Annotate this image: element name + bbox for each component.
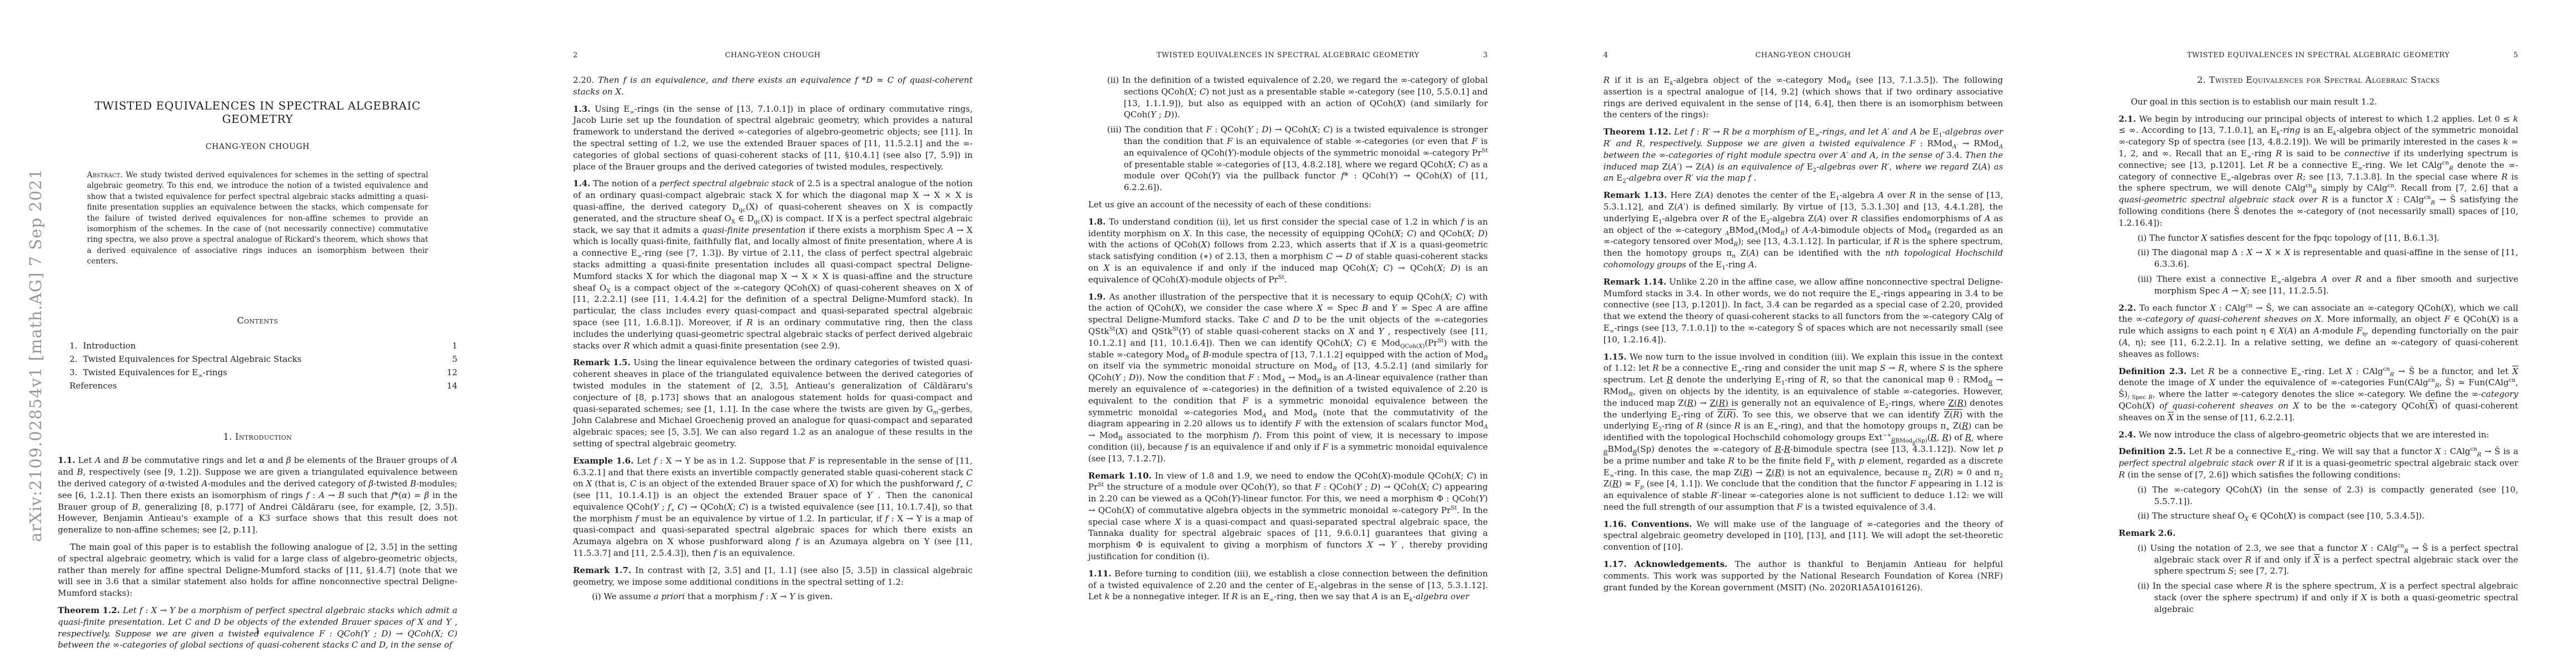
paragraph: 2.1. We begin by introducing our princip… <box>2119 113 2518 229</box>
paper-title: TWISTED EQUIVALENCES IN SPECTRAL ALGEBRA… <box>58 99 457 126</box>
paragraph: 1.8. To understand condition (ii), let u… <box>1088 216 1488 286</box>
running-head-title: TWISTED EQUIVALENCES IN SPECTRAL ALGEBRA… <box>2119 51 2518 59</box>
toc-number: 1. <box>69 339 77 352</box>
page-3: TWISTED EQUIVALENCES IN SPECTRAL ALGEBRA… <box>1030 0 1546 667</box>
section-heading: 1. Introduction <box>58 431 457 443</box>
page-5: TWISTED EQUIVALENCES IN SPECTRAL ALGEBRA… <box>2061 0 2576 667</box>
paragraph: 1.16. Conventions. We will make use of t… <box>1603 519 2003 553</box>
paragraph: 1.9. As another illustration of the pers… <box>1088 291 1488 465</box>
running-head: TWISTED EQUIVALENCES IN SPECTRAL ALGEBRA… <box>2119 51 2518 61</box>
page-body: 2. Twisted Equivalences for Spectral Alg… <box>2119 74 2518 615</box>
paragraph: Definition 2.5. Let R be a connective E∞… <box>2119 446 2518 480</box>
paragraph: 1.17. Acknowledgements. The author is th… <box>1603 559 2003 593</box>
toc-row-section-2: 2. Twisted Equivalences for Spectral Alg… <box>58 352 457 366</box>
toc-page-number: 12 <box>447 366 457 379</box>
paper-author: CHANG-YEON CHOUGH <box>58 142 457 151</box>
paragraph: 2.20. Then f is an equivalence, and ther… <box>573 74 973 98</box>
toc-number: 2. <box>69 352 77 366</box>
list-item: (iii) There exist a connective E∞-algebr… <box>2119 273 2518 297</box>
paragraph: Remark 1.10. In view of 1.8 and 1.9, we … <box>1088 470 1488 563</box>
page-1: arXiv:2109.02854v1 [math.AG] 7 Sep 2021 … <box>0 0 515 667</box>
running-head-page-number: 3 <box>1483 51 1488 59</box>
running-head: 4 CHANG-YEON CHOUGH <box>1603 51 2003 61</box>
running-head-page-number: 5 <box>2514 51 2518 59</box>
paper-contact-sheet: { "watermark": "arXiv:2109.02854v1 [math… <box>0 0 2576 667</box>
paragraph: Remark 1.7. In contrast with [2, 3.5] an… <box>573 565 973 588</box>
toc-row-references: References 14 <box>58 379 457 392</box>
paragraph: Our goal in this section is to establish… <box>2119 96 2518 108</box>
running-head: 2 CHANG-YEON CHOUGH <box>573 51 973 61</box>
paragraph: 1.11. Before turning to condition (iii),… <box>1088 568 1488 603</box>
list-item: (i) We assume a priori that a morphism f… <box>573 591 973 603</box>
paragraph: Theorem 1.12. Let f : R′ → R be a morphi… <box>1603 126 2003 184</box>
list-item: (ii) In the special case where R is the … <box>2119 580 2518 615</box>
paragraph: Let us give an account of the necessity … <box>1088 199 1488 211</box>
toc-label: Introduction <box>83 339 136 352</box>
paragraph: Remark 1.5. Using the linear equivalence… <box>573 357 973 449</box>
paper-abstract: Abstract. We study twisted derived equiv… <box>87 170 428 267</box>
list-item: (ii) In the definition of a twisted equi… <box>1088 74 1488 121</box>
paragraph: Remark 2.6. <box>2119 527 2518 539</box>
running-head-title: CHANG-YEON CHOUGH <box>1603 51 2003 59</box>
arxiv-watermark: arXiv:2109.02854v1 [math.AG] 7 Sep 2021 <box>26 122 45 589</box>
paragraph: 2.2. To each functor X : CAlgcn → Ŝ, we … <box>2119 302 2518 360</box>
list-item: (i) Using the notation of 2.3, we see th… <box>2119 542 2518 577</box>
page-4: 4 CHANG-YEON CHOUGH R if it is an Ek-alg… <box>1546 0 2061 667</box>
list-item: (ii) The structure sheaf OX ∈ QCoh(X) is… <box>2119 510 2518 522</box>
toc-label: Twisted Equivalences for E∞-rings <box>83 366 227 379</box>
running-head-title: TWISTED EQUIVALENCES IN SPECTRAL ALGEBRA… <box>1088 51 1488 59</box>
paragraph: Example 1.6. Let f : X → Y be as in 1.2.… <box>573 455 973 559</box>
list-item: (ii) The diagonal map Δ : X → X × X is r… <box>2119 247 2518 270</box>
toc-number: 3. <box>69 366 77 379</box>
toc-page-number: 1 <box>452 339 457 352</box>
paragraph: 1.1. Let A and B be commutative rings an… <box>58 455 457 536</box>
paragraph: Definition 2.3. Let R be a connective E∞… <box>2119 366 2518 424</box>
running-head: TWISTED EQUIVALENCES IN SPECTRAL ALGEBRA… <box>1088 51 1488 61</box>
paragraph: 1.3. Using E∞-rings (in the sense of [13… <box>573 103 973 173</box>
toc-row-introduction: 1. Introduction 1 <box>58 339 457 352</box>
toc-label: Twisted Equivalences for Spectral Algebr… <box>83 352 301 366</box>
list-item: (i) The functor X satisfies descent for … <box>2119 232 2518 244</box>
paragraph: R if it is an Ek-algebra object of the ∞… <box>1603 74 2003 121</box>
running-head-title: CHANG-YEON CHOUGH <box>573 51 973 59</box>
contents-heading: Contents <box>58 315 457 326</box>
page-body: R if it is an Ek-algebra object of the ∞… <box>1603 74 2003 593</box>
list-item: (i) The ∞-category QCoh(X) (in the sense… <box>2119 484 2518 507</box>
page-body: (ii) In the definition of a twisted equi… <box>1088 74 1488 603</box>
page-number-footer: 1 <box>0 627 515 636</box>
toc-page-number: 5 <box>452 352 457 366</box>
paragraph: 1.15. We now turn to the issue involved … <box>1603 351 2003 513</box>
toc-page-number: 14 <box>447 379 457 392</box>
page-body: 1. Introduction1.1. Let A and B be commu… <box>58 431 457 651</box>
paragraph: 1.4. The notion of a perfect spectral al… <box>573 178 973 351</box>
paragraph: 2.4. We now introduce the class of algeb… <box>2119 429 2518 441</box>
paragraph: Remark 1.13. Here Z(A) denotes the cente… <box>1603 190 2003 271</box>
page-2: 2 CHANG-YEON CHOUGH 2.20. Then f is an e… <box>515 0 1030 667</box>
list-item: (iii) The condition that F : QCoh(Y ; D)… <box>1088 124 1488 193</box>
section-heading: 2. Twisted Equivalences for Spectral Alg… <box>2119 74 2518 86</box>
toc-row-section-3: 3. Twisted Equivalences for E∞-rings 12 <box>58 366 457 379</box>
page-body: 2.20. Then f is an equivalence, and ther… <box>573 74 973 603</box>
table-of-contents: 1. Introduction 1 2. Twisted Equivalence… <box>58 339 457 392</box>
paragraph: Remark 1.14. Unlike 2.20 in the affine c… <box>1603 276 2003 346</box>
paragraph: The main goal of this paper is to establ… <box>58 541 457 599</box>
toc-label: References <box>69 379 117 392</box>
